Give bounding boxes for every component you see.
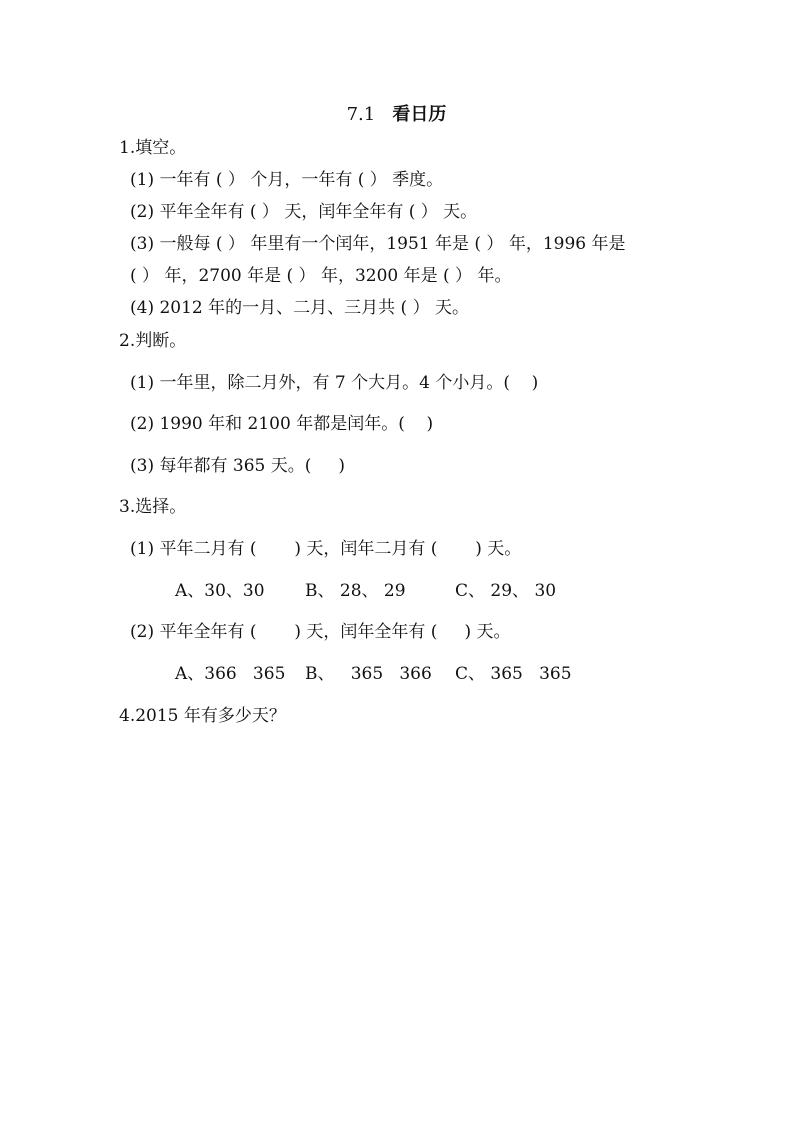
question-2-3: (3) 每年都有 365 天。( ) bbox=[130, 456, 345, 476]
page-title: 7.1 看日历 bbox=[0, 104, 793, 126]
section-heading-days-2015: 4.2015 年有多少天？ bbox=[119, 706, 286, 726]
option-a: A、30、30 bbox=[175, 581, 305, 601]
section-heading-judge: 2.判断。 bbox=[119, 331, 186, 351]
question-1-1: (1) 一年有 ( ） 个月，一年有 ( ） 季度。 bbox=[130, 170, 443, 190]
question-3-2-options: A、366 365B、 365 366C、 365 365 bbox=[175, 664, 572, 684]
title-text: 看日历 bbox=[392, 104, 446, 125]
title-number: 7.1 bbox=[347, 104, 376, 125]
option-c: C、 365 365 bbox=[455, 664, 572, 684]
section-heading-choose: 3.选择。 bbox=[119, 497, 186, 517]
question-3-1-options: A、30、30B、 28、 29C、 29、 30 bbox=[175, 581, 556, 601]
option-b: B、 365 366 bbox=[305, 664, 455, 684]
question-3-2: (2) 平年全年有 ( ) 天，闰年全年有 ( ) 天。 bbox=[130, 622, 510, 642]
question-1-2: (2) 平年全年有 ( ） 天，闰年全年有 ( ） 天。 bbox=[130, 202, 477, 222]
option-a: A、366 365 bbox=[175, 664, 305, 684]
question-1-3-continued: ( ） 年，2700 年是 ( ） 年，3200 年是 ( ） 年。 bbox=[130, 266, 511, 286]
worksheet-page: 7.1 看日历 1.填空。 (1) 一年有 ( ） 个月，一年有 ( ） 季度。… bbox=[0, 0, 793, 1122]
option-b: B、 28、 29 bbox=[305, 581, 455, 601]
section-heading-fill-blank: 1.填空。 bbox=[119, 138, 186, 158]
option-c: C、 29、 30 bbox=[455, 581, 556, 601]
question-2-1: (1) 一年里，除二月外，有 7 个大月。4 个小月。( ) bbox=[130, 373, 538, 393]
question-1-3: (3) 一般每 ( ） 年里有一个闰年，1951 年是 ( ） 年，1996 年… bbox=[130, 234, 626, 254]
question-1-4: (4) 2012 年的一月、二月、三月共 ( ） 天。 bbox=[130, 298, 469, 318]
question-2-2: (2) 1990 年和 2100 年都是闰年。( ) bbox=[130, 414, 433, 434]
question-3-1: (1) 平年二月有 ( ) 天，闰年二月有 ( ) 天。 bbox=[130, 539, 521, 559]
